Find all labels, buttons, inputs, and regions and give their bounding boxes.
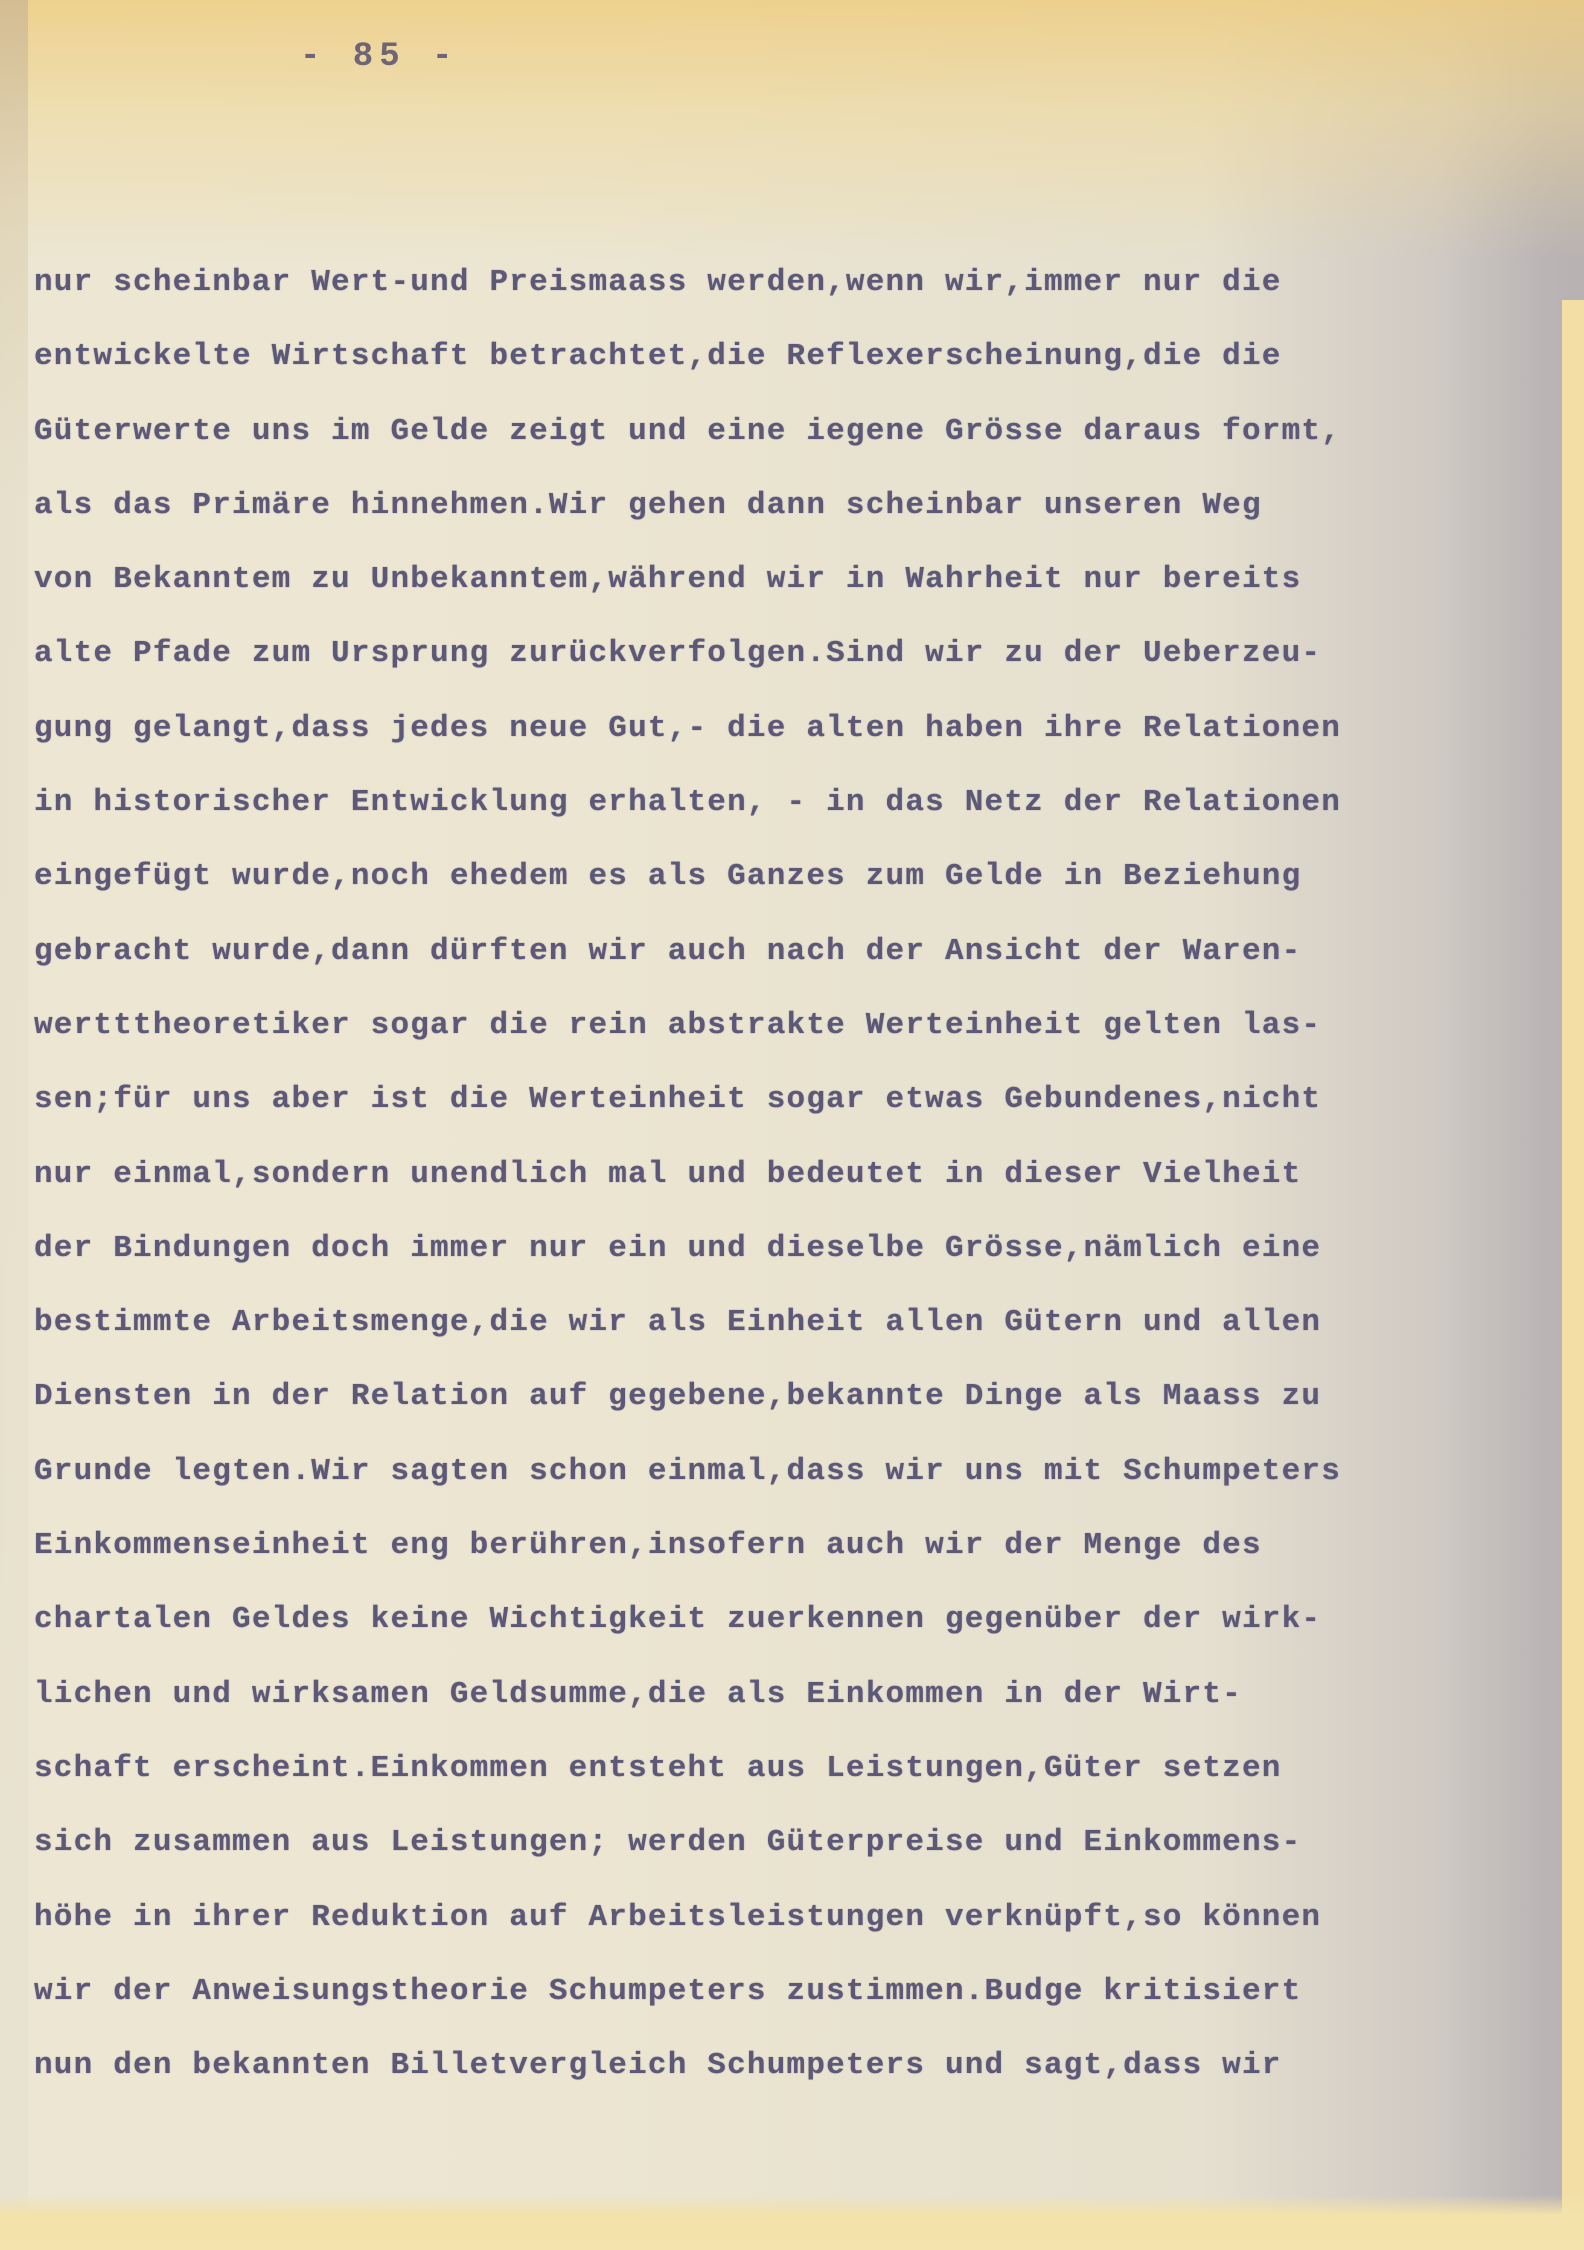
page-left-edge-shadow xyxy=(0,0,28,2250)
page-number: - 85 - xyxy=(300,38,458,76)
text-line: lichen und wirksamen Geldsumme,die als E… xyxy=(34,1670,1554,1744)
text-line: nun den bekannten Billetvergleich Schump… xyxy=(34,2041,1554,2115)
text-line: Güterwerte uns im Gelde zeigt und eine i… xyxy=(34,407,1554,481)
typewritten-body-text: nur scheinbar Wert-und Preismaass werden… xyxy=(34,258,1554,2115)
text-line: Grunde legten.Wir sagten schon einmal,da… xyxy=(34,1447,1554,1521)
text-line: Diensten in der Relation auf gegebene,be… xyxy=(34,1372,1554,1446)
text-line: gebracht wurde,dann dürften wir auch nac… xyxy=(34,927,1554,1001)
text-line: gung gelangt,dass jedes neue Gut,- die a… xyxy=(34,704,1554,778)
text-line: bestimmte Arbeitsmenge,die wir als Einhe… xyxy=(34,1298,1554,1372)
text-line: wertttheoretiker sogar die rein abstrakt… xyxy=(34,1001,1554,1075)
text-line: nur einmal,sondern unendlich mal und bed… xyxy=(34,1150,1554,1224)
text-line: schaft erscheint.Einkommen entsteht aus … xyxy=(34,1744,1554,1818)
text-line: nur scheinbar Wert-und Preismaass werden… xyxy=(34,258,1554,332)
text-line: in historischer Entwicklung erhalten, - … xyxy=(34,778,1554,852)
text-line: von Bekanntem zu Unbekanntem,während wir… xyxy=(34,555,1554,629)
text-line: chartalen Geldes keine Wichtigkeit zuerk… xyxy=(34,1595,1554,1669)
text-line: sich zusammen aus Leistungen; werden Güt… xyxy=(34,1818,1554,1892)
page-right-margin-strip xyxy=(1562,300,1584,2250)
text-line: höhe in ihrer Reduktion auf Arbeitsleist… xyxy=(34,1893,1554,1967)
page-bottom-margin-strip xyxy=(0,2195,1584,2250)
text-line: wir der Anweisungstheorie Schumpeters zu… xyxy=(34,1967,1554,2041)
text-line: entwickelte Wirtschaft betrachtet,die Re… xyxy=(34,332,1554,406)
text-line: Einkommenseinheit eng berühren,insofern … xyxy=(34,1521,1554,1595)
text-line: als das Primäre hinnehmen.Wir gehen dann… xyxy=(34,481,1554,555)
text-line: sen;für uns aber ist die Werteinheit sog… xyxy=(34,1075,1554,1149)
text-line: eingefügt wurde,noch ehedem es als Ganze… xyxy=(34,852,1554,926)
text-line: der Bindungen doch immer nur ein und die… xyxy=(34,1224,1554,1298)
text-line: alte Pfade zum Ursprung zurückverfolgen.… xyxy=(34,629,1554,703)
